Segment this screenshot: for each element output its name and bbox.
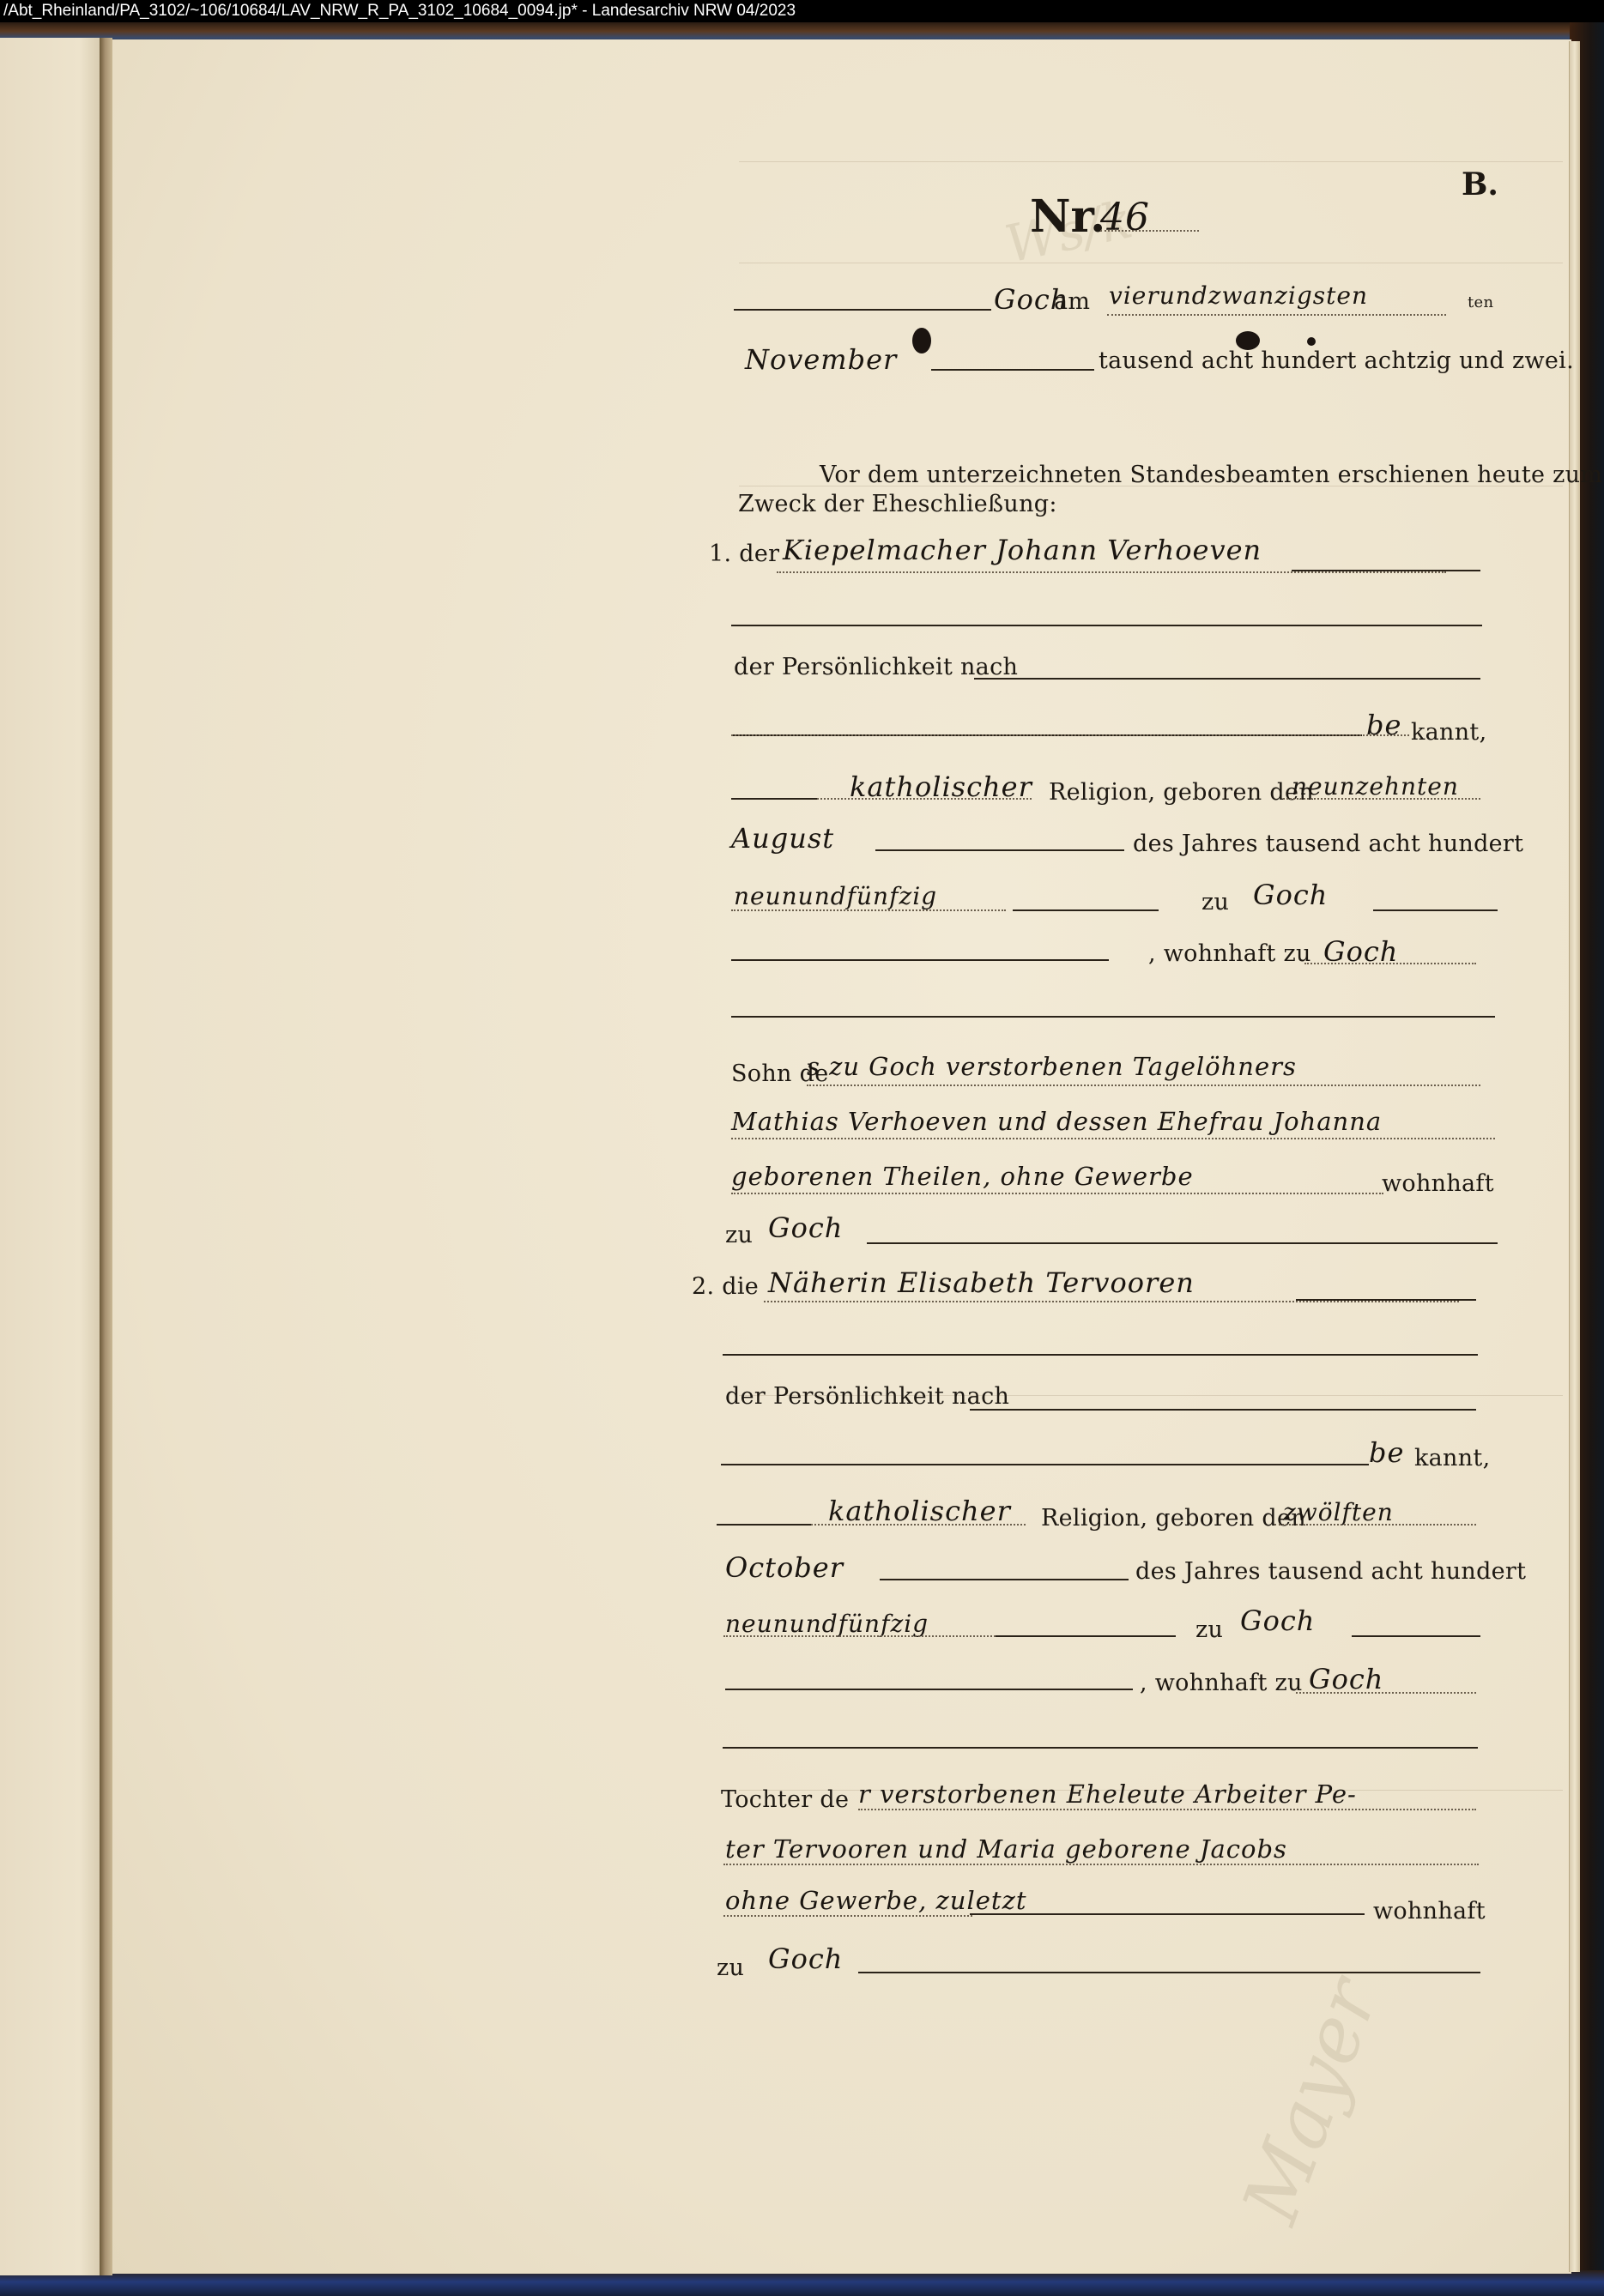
groom-occupation-name: Kiepelmacher Johann Verhoeven [783, 534, 1262, 566]
groom-number: 1. der [709, 541, 779, 567]
bride-parents-line-3: ohne Gewerbe, zuletzt [725, 1886, 1027, 1915]
groom-parents-wohnhaft: wohnhaft [1382, 1170, 1494, 1197]
bride-residence-label: , wohnhaft zu [1140, 1670, 1303, 1696]
record-number: 46 [1100, 196, 1150, 239]
ten-suffix: ten [1468, 293, 1493, 311]
bride-parents-residence: Goch [768, 1943, 843, 1975]
groom-religion-label: Religion, geboren den [1049, 779, 1314, 806]
bride-known-label: kannt, [1414, 1445, 1490, 1471]
groom-birth-year: neunundfünfzig [734, 882, 937, 910]
intro-line-2: Zweck der Eheschließung: [738, 491, 1057, 517]
bride-number: 2. die [692, 1273, 759, 1300]
viewer-title-bar: /Abt_Rheinland/PA_3102/~106/10684/LAV_NR… [0, 0, 1604, 22]
bride-identity-label: der Persönlichkeit nach [725, 1383, 1009, 1410]
bride-birth-day: zwölften [1283, 1498, 1394, 1526]
am-label: am [1054, 288, 1090, 315]
bride-birth-year: neunundfünfzig [725, 1610, 929, 1638]
marriage-day: vierundzwanzigsten [1109, 281, 1368, 310]
marriage-month: November [745, 343, 897, 376]
groom-known-prefix: be [1366, 709, 1401, 741]
groom-birth-place: Goch [1253, 879, 1328, 911]
groom-year-label: des Jahres tausend acht hundert [1133, 831, 1523, 857]
bride-religion-label: Religion, geboren den [1041, 1505, 1306, 1532]
groom-birth-month: August [731, 822, 834, 855]
groom-parents-line-3: geborenen Theilen, ohne Gewerbe [731, 1162, 1194, 1191]
intro-line-1: Vor dem unterzeichneten Standesbeamten e… [820, 462, 1602, 488]
marriage-year-text: tausend acht hundert achtzig und zwei. [1099, 347, 1574, 374]
bride-parents-zu: zu [717, 1955, 744, 1981]
bride-occupation-name: Näherin Elisabeth Tervooren [768, 1266, 1195, 1299]
bride-known-prefix: be [1369, 1436, 1404, 1469]
groom-parents-residence: Goch [768, 1211, 843, 1244]
book-cover-bottom-edge [0, 2270, 1604, 2296]
bride-zu-label: zu [1195, 1616, 1223, 1643]
bride-parents-label: Tochter de [721, 1786, 849, 1813]
bride-birth-place: Goch [1240, 1604, 1315, 1637]
bride-religion: katholischer [828, 1495, 1011, 1527]
book-gutter [100, 38, 112, 2275]
groom-parents-line-1: s zu Goch verstorbenen Tagelöhners [807, 1052, 1297, 1081]
groom-zu-label: zu [1201, 889, 1229, 915]
groom-parents-zu: zu [725, 1222, 753, 1248]
bride-parents-line-2: ter Tervooren und Maria geborene Jacobs [725, 1834, 1287, 1864]
bride-parents-wohnhaft: wohnhaft [1373, 1898, 1486, 1924]
bride-residence: Goch [1309, 1663, 1383, 1695]
record-number-label: Nr. [1030, 190, 1105, 243]
bride-parents-line-1: r verstorbenen Eheleute Arbeiter Pe- [858, 1779, 1357, 1809]
groom-residence-label: , wohnhaft zu [1148, 940, 1311, 967]
bride-birth-month: October [725, 1551, 844, 1584]
form-letter: B. [1462, 166, 1498, 202]
left-page-edge [0, 38, 100, 2275]
page-stack-edge [1569, 41, 1580, 2272]
groom-birth-day: neunzehnten [1292, 772, 1459, 801]
groom-known-label: kannt, [1411, 719, 1486, 746]
groom-parents-line-2: Mathias Verhoeven und dessen Ehefrau Joh… [731, 1107, 1382, 1136]
bride-year-label: des Jahres tausend acht hundert [1135, 1558, 1526, 1585]
bleed-through-signature: Mayer [1226, 1967, 1396, 2234]
groom-identity-label: der Persönlichkeit nach [734, 654, 1018, 680]
